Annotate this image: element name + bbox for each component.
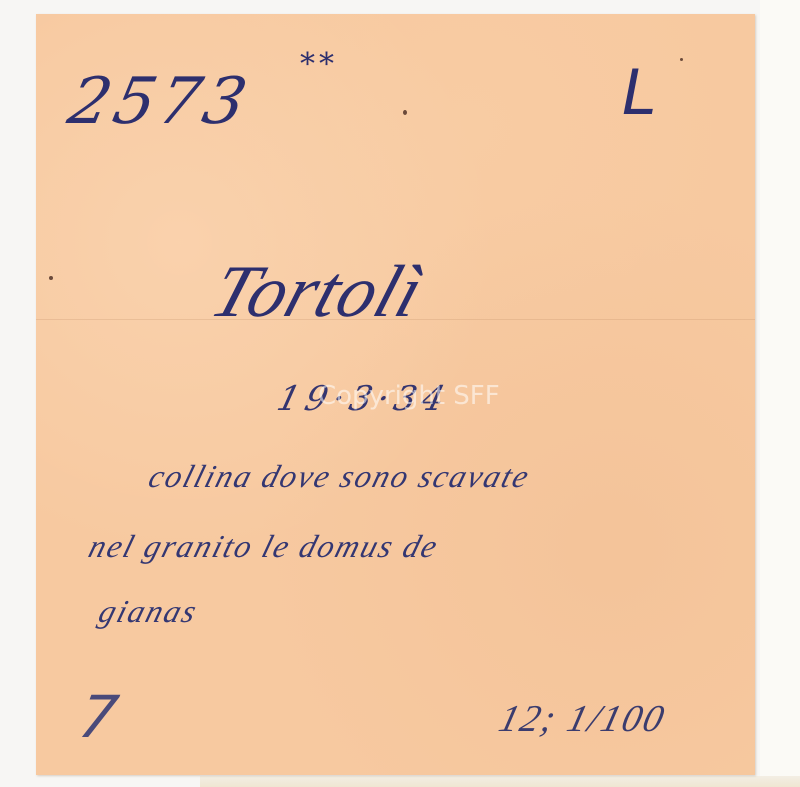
backing-sheet	[760, 0, 800, 787]
description-line: collina dove sono scavate	[145, 460, 534, 492]
paper-speck	[403, 110, 407, 115]
description-line: nel granito le domus de	[85, 530, 442, 562]
catalog-stars: **	[300, 50, 338, 80]
bottom-right-reference: 12; 1/100	[495, 700, 669, 738]
place-name: Tortolì	[203, 255, 433, 329]
paper-speck	[680, 58, 683, 61]
backing-strip	[200, 776, 800, 787]
series-letter: L	[622, 62, 657, 124]
description-line: gianas	[95, 595, 202, 627]
catalog-number: 2573	[63, 70, 255, 134]
paper-speck	[49, 276, 53, 280]
copyright-watermark: Copyright SFF	[318, 381, 500, 411]
